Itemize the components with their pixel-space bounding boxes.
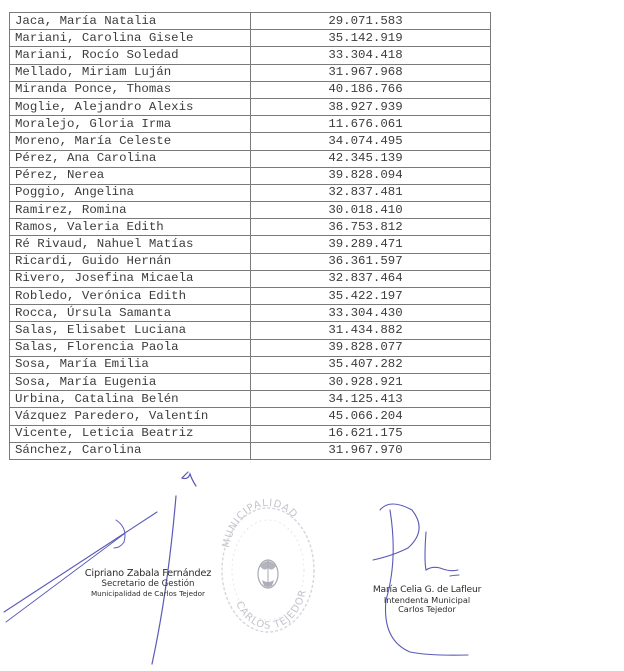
person-name: Miranda Ponce, Thomas (10, 81, 251, 98)
roster-table: Jaca, María Natalia29.071.583Mariani, Ca… (9, 12, 491, 460)
person-dni: 39.289.471 (251, 236, 491, 253)
table-row: Moreno, María Celeste34.074.495 (10, 133, 491, 150)
table-row: Mariani, Carolina Gisele35.142.919 (10, 30, 491, 47)
table-row: Vicente, Leticia Beatriz16.621.175 (10, 425, 491, 442)
signature-right-icon (373, 504, 468, 655)
secretary-role: Secretario de Gestión (48, 579, 248, 589)
mayor-org: Carlos Tejedor (372, 605, 482, 614)
roster-body: Jaca, María Natalia29.071.583Mariani, Ca… (10, 13, 491, 460)
signature-block-secretary: Cipriano Zabala Fernández Secretario de … (48, 568, 248, 598)
table-row: Miranda Ponce, Thomas40.186.766 (10, 81, 491, 98)
person-name: Sánchez, Carolina (10, 442, 251, 459)
person-name: Vicente, Leticia Beatriz (10, 425, 251, 442)
table-row: Salas, Florencia Paola39.828.077 (10, 339, 491, 356)
mayor-name: María Celia G. de Lafleur (372, 584, 482, 595)
person-dni: 30.018.410 (251, 202, 491, 219)
person-dni: 31.434.882 (251, 322, 491, 339)
person-dni: 16.621.175 (251, 425, 491, 442)
table-row: Pérez, Nerea39.828.094 (10, 167, 491, 184)
person-name: Rivero, Josefina Micaela (10, 270, 251, 287)
person-dni: 34.074.495 (251, 133, 491, 150)
person-name: Moglie, Alejandro Alexis (10, 98, 251, 115)
table-row: Vázquez Paredero, Valentín45.066.204 (10, 408, 491, 425)
svg-text:MUNICIPALIDAD: MUNICIPALIDAD (221, 498, 300, 549)
person-dni: 33.304.418 (251, 47, 491, 64)
table-row: Jaca, María Natalia29.071.583 (10, 13, 491, 30)
person-dni: 36.753.812 (251, 219, 491, 236)
person-name: Pérez, Nerea (10, 167, 251, 184)
person-dni: 29.071.583 (251, 13, 491, 30)
person-name: Jaca, María Natalia (10, 13, 251, 30)
person-name: Ré Rivaud, Nahuel Matías (10, 236, 251, 253)
table-row: Ramirez, Romina30.018.410 (10, 202, 491, 219)
person-dni: 34.125.413 (251, 391, 491, 408)
table-row: Poggio, Angelina32.837.481 (10, 184, 491, 201)
person-name: Sosa, María Emilia (10, 356, 251, 373)
table-row: Ricardi, Guido Hernán36.361.597 (10, 253, 491, 270)
person-dni: 38.927.939 (251, 98, 491, 115)
table-row: Mariani, Rocío Soledad33.304.418 (10, 47, 491, 64)
table-row: Mellado, Miriam Luján31.967.968 (10, 64, 491, 81)
table-row: Sánchez, Carolina31.967.970 (10, 442, 491, 459)
person-name: Salas, Elisabet Luciana (10, 322, 251, 339)
table-row: Rivero, Josefina Micaela32.837.464 (10, 270, 491, 287)
table-row: Urbina, Catalina Belén34.125.413 (10, 391, 491, 408)
person-dni: 32.837.464 (251, 270, 491, 287)
table-row: Ramos, Valeria Edith36.753.812 (10, 219, 491, 236)
person-name: Moreno, María Celeste (10, 133, 251, 150)
person-dni: 39.828.094 (251, 167, 491, 184)
secretary-org: Municipalidad de Carlos Tejedor (48, 589, 248, 598)
person-name: Poggio, Angelina (10, 184, 251, 201)
person-dni: 30.928.921 (251, 373, 491, 390)
table-row: Sosa, María Emilia35.407.282 (10, 356, 491, 373)
person-name: Robledo, Verónica Edith (10, 288, 251, 305)
person-dni: 31.967.968 (251, 64, 491, 81)
person-dni: 35.407.282 (251, 356, 491, 373)
table-row: Robledo, Verónica Edith35.422.197 (10, 288, 491, 305)
document-page: Jaca, María Natalia29.071.583Mariani, Ca… (0, 0, 624, 671)
person-name: Urbina, Catalina Belén (10, 391, 251, 408)
table-row: Moralejo, Gloria Irma11.676.061 (10, 116, 491, 133)
person-name: Moralejo, Gloria Irma (10, 116, 251, 133)
person-dni: 45.066.204 (251, 408, 491, 425)
person-name: Mellado, Miriam Luján (10, 64, 251, 81)
person-name: Pérez, Ana Carolina (10, 150, 251, 167)
table-row: Rocca, Úrsula Samanta33.304.430 (10, 305, 491, 322)
person-dni: 40.186.766 (251, 81, 491, 98)
person-name: Sosa, María Eugenia (10, 373, 251, 390)
person-dni: 32.837.481 (251, 184, 491, 201)
person-name: Ramos, Valeria Edith (10, 219, 251, 236)
table-row: Sosa, María Eugenia30.928.921 (10, 373, 491, 390)
secretary-name: Cipriano Zabala Fernández (48, 568, 248, 579)
person-name: Ricardi, Guido Hernán (10, 253, 251, 270)
person-name: Mariani, Carolina Gisele (10, 30, 251, 47)
person-name: Ramirez, Romina (10, 202, 251, 219)
municipal-stamp-icon: MUNICIPALIDAD CARLOS TEJEDOR (221, 498, 314, 632)
table-row: Moglie, Alejandro Alexis38.927.939 (10, 98, 491, 115)
person-dni: 36.361.597 (251, 253, 491, 270)
signature-block-mayor: María Celia G. de Lafleur Intendenta Mun… (372, 584, 482, 614)
person-name: Salas, Florencia Paola (10, 339, 251, 356)
person-dni: 35.422.197 (251, 288, 491, 305)
table-row: Ré Rivaud, Nahuel Matías39.289.471 (10, 236, 491, 253)
person-name: Rocca, Úrsula Samanta (10, 305, 251, 322)
person-dni: 33.304.430 (251, 305, 491, 322)
person-dni: 31.967.970 (251, 442, 491, 459)
person-dni: 11.676.061 (251, 116, 491, 133)
person-name: Vázquez Paredero, Valentín (10, 408, 251, 425)
person-dni: 35.142.919 (251, 30, 491, 47)
table-row: Pérez, Ana Carolina42.345.139 (10, 150, 491, 167)
person-dni: 42.345.139 (251, 150, 491, 167)
table-row: Salas, Elisabet Luciana31.434.882 (10, 322, 491, 339)
person-name: Mariani, Rocío Soledad (10, 47, 251, 64)
person-dni: 39.828.077 (251, 339, 491, 356)
